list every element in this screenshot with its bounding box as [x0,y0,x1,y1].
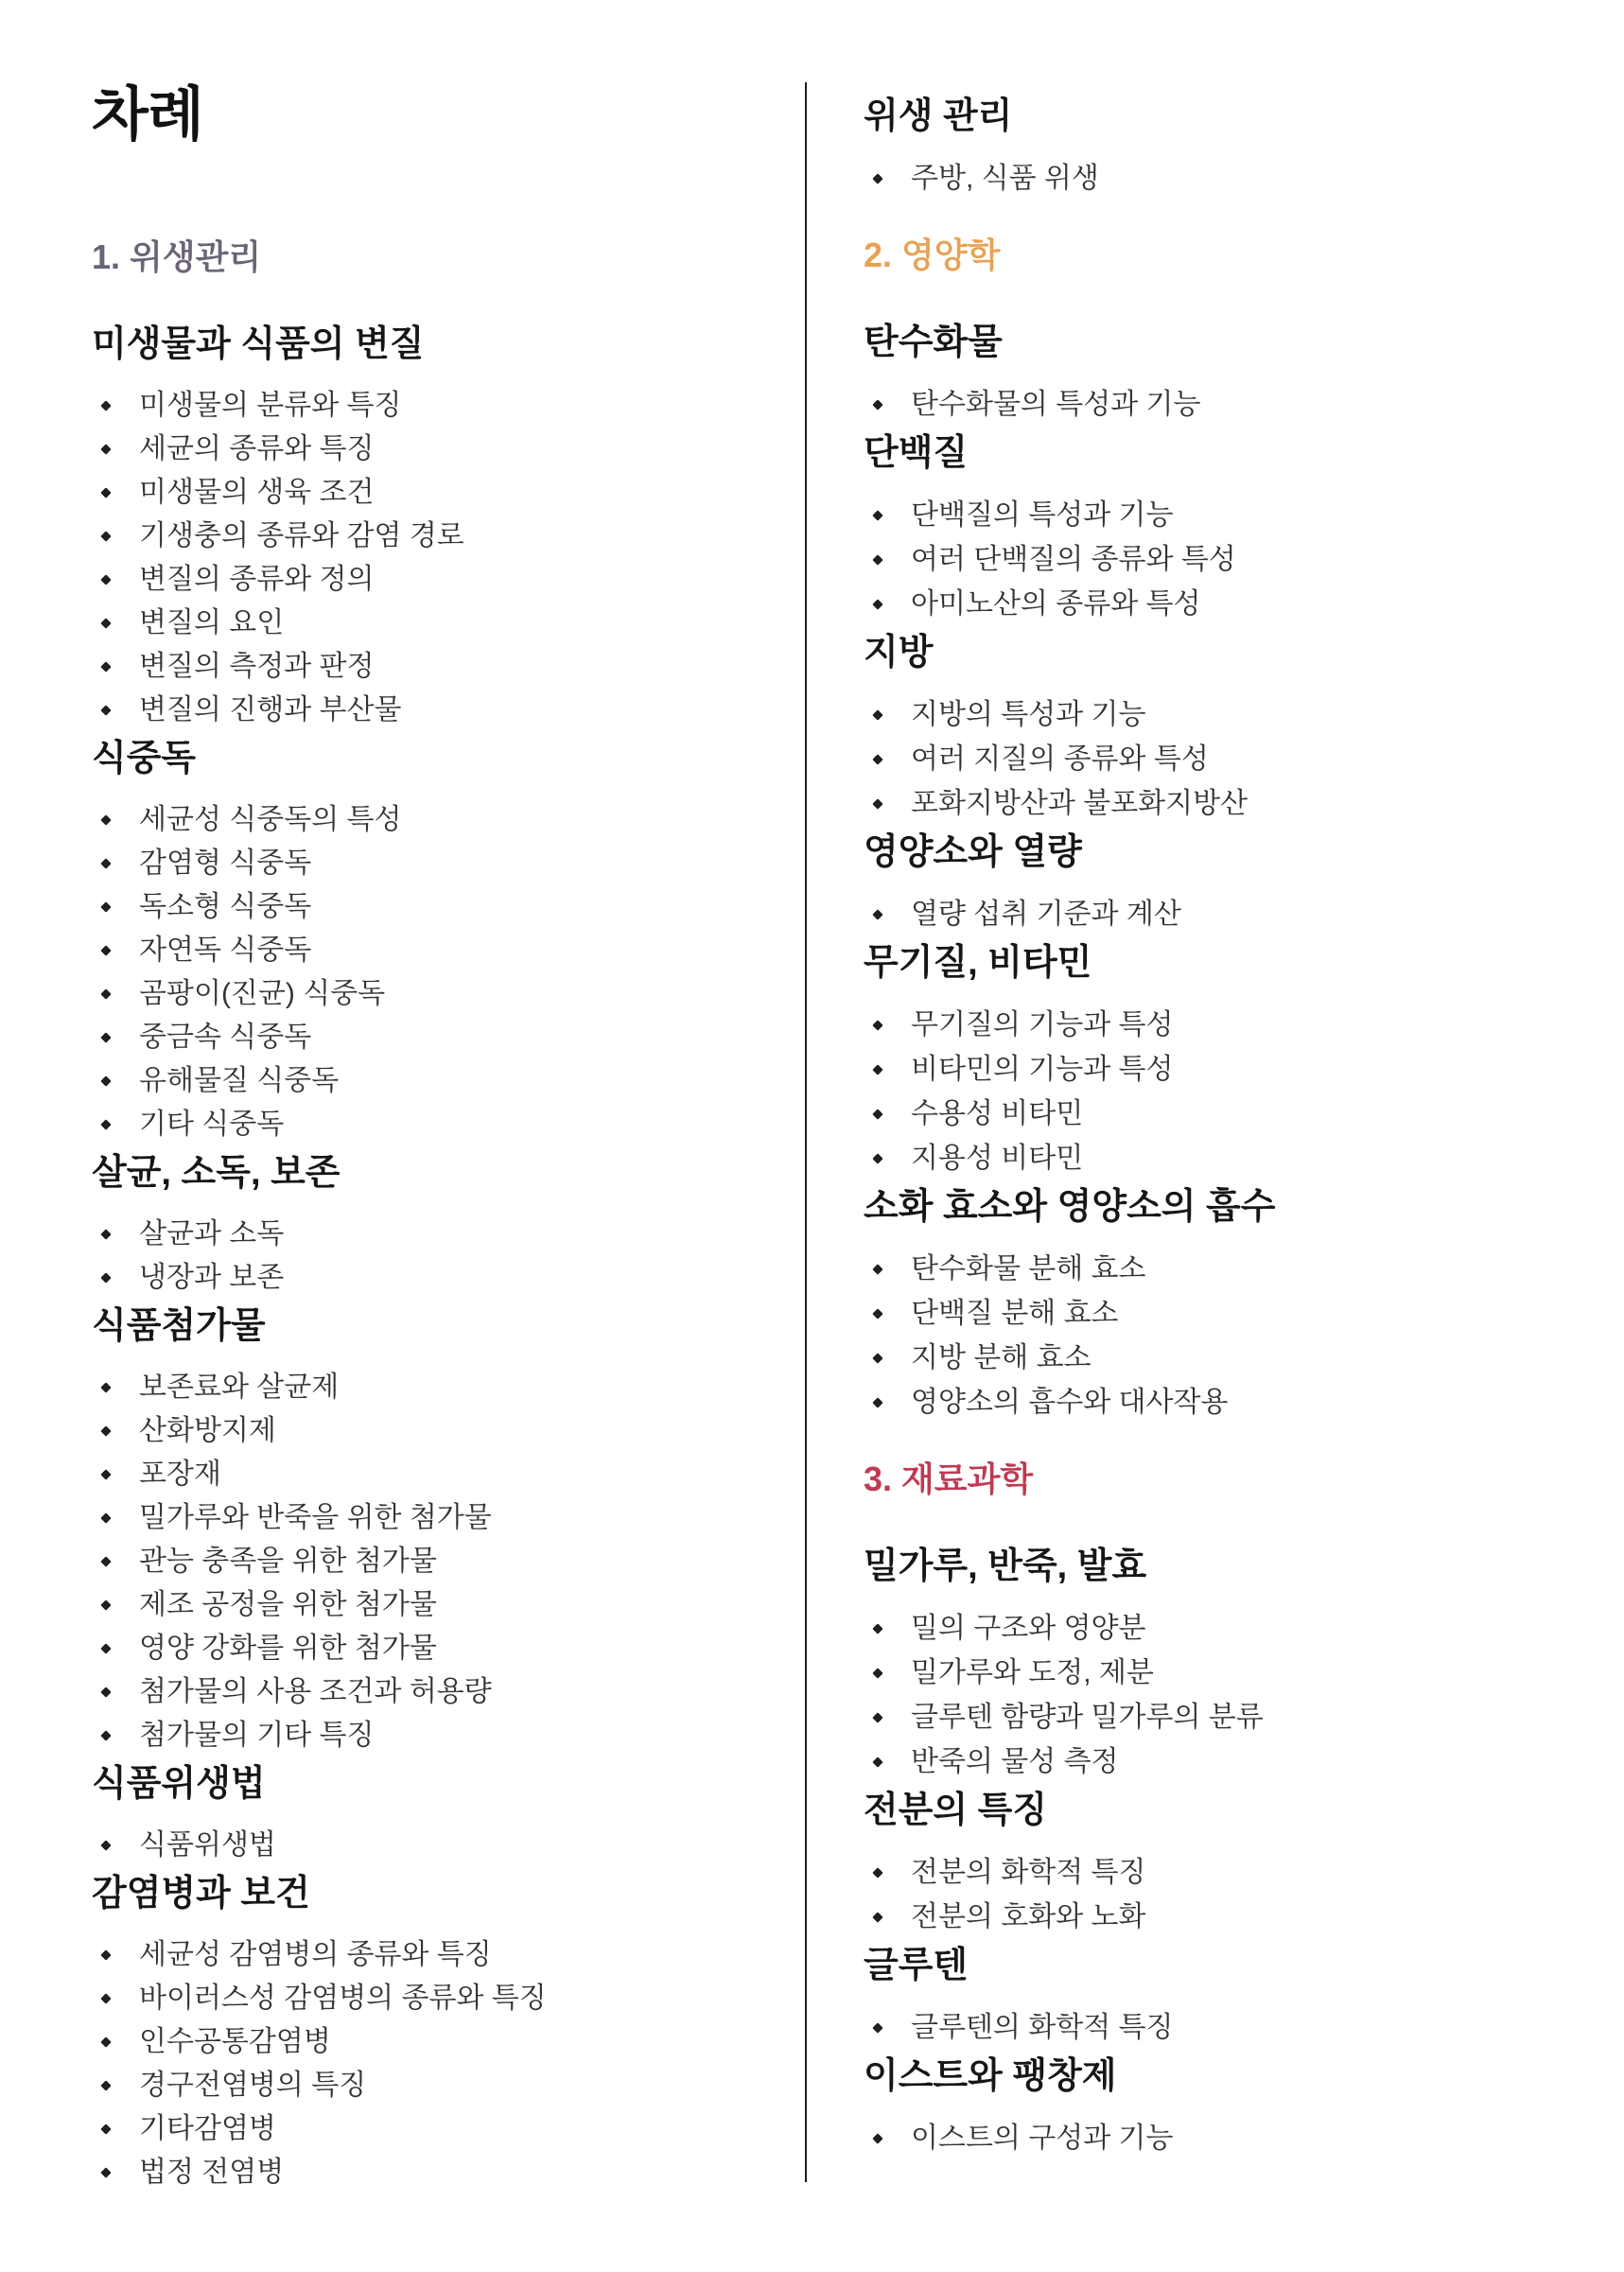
bullet-diamond-icon [100,1993,111,2003]
bullet-diamond-icon [872,909,882,919]
toc-item-label: 첨가물의 기타 특징 [139,1720,375,1751]
toc-item: 여러 단백질의 종류와 특성 [864,537,1573,582]
bullet-diamond-icon [100,531,111,541]
toc-item: 탄수화물의 특성과 기능 [864,382,1573,427]
toc-item-label: 기타 식중독 [139,1109,284,1140]
toc-item: 제조 공정을 위한 첨가물 [92,1583,763,1627]
bullet-diamond-icon [100,661,111,672]
toc-item-label: 포화지방산과 불포화지방산 [911,788,1248,819]
bullet-diamond-icon [100,1840,111,1850]
toc-item-label: 여러 지질의 종류와 특성 [911,743,1209,775]
bullet-diamond-icon [872,1064,882,1075]
toc-item-label: 첨가물의 사용 조건과 허용량 [139,1676,492,1707]
toc-group: 전분의 특징전분의 화학적 특징전분의 호화와 노화 [864,1790,1573,1939]
toc-item: 변질의 요인 [92,602,763,645]
toc-item-label: 전분의 화학적 특징 [911,1857,1146,1888]
toc-item: 열량 섭취 기준과 계산 [864,892,1573,936]
left-column: 차례 1. 위생관리미생물과 식품의 변질미생물의 분류와 특징세균의 종류와 … [92,85,763,2194]
toc-item-label: 변질의 종류와 정의 [139,564,375,595]
bullet-diamond-icon [872,1912,882,1922]
bullet-diamond-icon [100,1730,111,1740]
toc-item: 탄수화물 분해 효소 [864,1247,1573,1291]
toc-item: 변질의 측정과 판정 [92,645,763,689]
bullet-diamond-icon [872,1353,882,1363]
group-title: 소화 효소와 영양소의 흡수 [864,1186,1573,1228]
group-title: 살균, 소독, 보존 [92,1152,763,1194]
bullet-diamond-icon [100,574,111,585]
toc-item-label: 글루텐의 화학적 특징 [911,2012,1174,2043]
toc-item: 이스트의 구성과 기능 [864,2116,1573,2160]
bullet-diamond-icon [872,1153,882,1163]
toc-item-label: 유해물질 식중독 [139,1065,339,1096]
group-items: 탄수화물의 특성과 기능 [864,382,1573,427]
bullet-diamond-icon [872,554,882,565]
toc-item-label: 변질의 측정과 판정 [139,651,375,682]
toc-item: 곰팡이(진균) 식중독 [92,972,763,1016]
toc-item: 글루텐의 화학적 특징 [864,2005,1573,2050]
group-items: 전분의 화학적 특징전분의 호화와 노화 [864,1850,1573,1939]
toc-item: 자연독 식중독 [92,929,763,972]
page-title: 차례 [92,85,763,146]
bullet-diamond-icon [100,1032,111,1042]
toc-item: 유해물질 식중독 [92,1059,763,1103]
bullet-diamond-icon [100,2167,111,2177]
bullet-diamond-icon [872,399,882,410]
group-items: 보존료와 살균제산화방지제포장재밀가루와 반죽을 위한 첨가물관능 충족을 위한… [92,1366,763,1757]
bullet-diamond-icon [100,1643,111,1653]
toc-item-label: 세균성 감염병의 종류와 특징 [139,1939,492,1970]
toc-item: 포화지방산과 불포화지방산 [864,781,1573,826]
toc-group: 밀가루, 반죽, 발효밀의 구조와 영양분밀가루와 도정, 제분글루텐 함량과 … [864,1546,1573,1784]
toc-item-label: 독소형 식중독 [139,891,311,922]
toc-item-label: 탄수화물 분해 효소 [911,1253,1146,1285]
toc-item-label: 영양소의 흡수와 대사작용 [911,1387,1228,1418]
group-items: 무기질의 기능과 특성비타민의 기능과 특성수용성 비타민지용성 비타민 [864,1003,1573,1180]
toc-item-label: 변질의 요인 [139,607,284,638]
group-items: 열량 섭취 기준과 계산 [864,892,1573,936]
toc-item-label: 주방, 식품 위생 [911,163,1099,194]
toc-group: 식중독세균성 식중독의 특성감염형 식중독독소형 식중독자연독 식중독곰팡이(진… [92,738,763,1146]
bullet-diamond-icon [872,1308,882,1319]
toc-item: 변질의 종류와 정의 [92,558,763,602]
toc-item: 바이러스성 감염병의 종류와 특징 [92,1977,763,2020]
toc-item-label: 바이러스성 감염병의 종류와 특징 [139,1983,547,2014]
group-title: 식품위생법 [92,1763,763,1805]
bullet-diamond-icon [100,1599,111,1610]
toc-group: 지방지방의 특성과 기능여러 지질의 종류와 특성포화지방산과 불포화지방산 [864,632,1573,826]
toc-item: 세균성 식중독의 특성 [92,798,763,842]
bullet-diamond-icon [100,945,111,955]
toc-item-label: 살균과 소독 [139,1218,284,1250]
bullet-diamond-icon [100,1425,111,1436]
toc-item: 인수공통감염병 [92,2020,763,2064]
toc-item: 변질의 진행과 부산물 [92,689,763,732]
toc-item: 포장재 [92,1453,763,1496]
toc-item: 세균성 감염병의 종류와 특징 [92,1933,763,1977]
toc-item: 기타감염병 [92,2107,763,2151]
toc-item: 관능 충족을 위한 첨가물 [92,1540,763,1583]
bullet-diamond-icon [872,1020,882,1030]
group-items: 세균성 식중독의 특성감염형 식중독독소형 식중독자연독 식중독곰팡이(진균) … [92,798,763,1146]
bullet-diamond-icon [872,1712,882,1722]
toc-item-label: 자연독 식중독 [139,935,311,966]
toc-item: 전분의 화학적 특징 [864,1850,1573,1895]
toc-group: 살균, 소독, 보존살균과 소독냉장과 보존 [92,1152,763,1300]
toc-item: 기생충의 종류와 감염 경로 [92,515,763,558]
toc-item-label: 미생물의 생육 조건 [139,477,375,508]
column-divider [805,82,807,2182]
group-items: 주방, 식품 위생 [864,156,1573,201]
toc-group: 영양소와 열량열량 섭취 기준과 계산 [864,831,1573,936]
toc-group: 이스트와 팽창제이스트의 구성과 기능 [864,2055,1573,2160]
toc-item-label: 기생충의 종류와 감염 경로 [139,520,464,551]
bullet-diamond-icon [100,1556,111,1566]
toc-item-label: 무기질의 기능과 특성 [911,1009,1174,1040]
toc-item: 산화방지제 [92,1409,763,1453]
toc-item: 살균과 소독 [92,1213,763,1256]
bullet-diamond-icon [872,510,882,520]
group-title: 위생 관리 [864,96,1573,137]
left-column-blocks: 1. 위생관리미생물과 식품의 변질미생물의 분류와 특징세균의 종류와 특징미… [92,236,763,2194]
group-items: 밀의 구조와 영양분밀가루와 도정, 제분글루텐 함량과 밀가루의 분류반죽의 … [864,1606,1573,1784]
group-title: 전분의 특징 [864,1790,1573,1831]
toc-item-label: 지방의 특성과 기능 [911,699,1146,730]
section-header: 3. 재료과학 [864,1459,1573,1500]
toc-item: 중금속 식중독 [92,1016,763,1059]
toc-item-label: 영양 강화를 위한 첨가물 [139,1633,437,1664]
toc-item: 글루텐 함량과 밀가루의 분류 [864,1695,1573,1739]
bullet-diamond-icon [100,1119,111,1129]
toc-item: 지방 분해 효소 [864,1336,1573,1380]
bullet-diamond-icon [100,1949,111,1960]
toc-item-label: 반죽의 물성 측정 [911,1746,1119,1777]
bullet-diamond-icon [100,1229,111,1239]
toc-item-label: 산화방지제 [139,1415,276,1446]
bullet-diamond-icon [100,1469,111,1479]
section-header: 2. 영양학 [864,235,1573,276]
toc-item: 밀가루와 도정, 제분 [864,1651,1573,1695]
group-items: 식품위생법 [92,1824,763,1867]
toc-item: 경구전염병의 특징 [92,2064,763,2107]
toc-item: 지용성 비타민 [864,1136,1573,1180]
bullet-diamond-icon [100,2080,111,2090]
bullet-diamond-icon [100,988,111,999]
toc-item-label: 감염형 식중독 [139,848,311,879]
bullet-diamond-icon [872,2022,882,2033]
group-title: 영양소와 열량 [864,831,1573,873]
toc-item-label: 식품위생법 [139,1829,276,1861]
toc-item-label: 밀의 구조와 영양분 [911,1613,1146,1644]
toc-item: 지방의 특성과 기능 [864,692,1573,737]
bullet-diamond-icon [872,1867,882,1878]
group-items: 살균과 소독냉장과 보존 [92,1213,763,1300]
toc-item: 첨가물의 사용 조건과 허용량 [92,1670,763,1714]
toc-item-label: 이스트의 구성과 기능 [911,2123,1174,2154]
toc-item: 보존료와 살균제 [92,1366,763,1409]
toc-item-label: 지용성 비타민 [911,1143,1083,1174]
bullet-diamond-icon [100,901,111,912]
toc-item: 반죽의 물성 측정 [864,1739,1573,1784]
bullet-diamond-icon [872,1623,882,1634]
toc-item-label: 단백질 분해 효소 [911,1298,1119,1329]
bullet-diamond-icon [100,2123,111,2134]
toc-item-label: 보존료와 살균제 [139,1372,339,1403]
bullet-diamond-icon [872,709,882,720]
group-items: 글루텐의 화학적 특징 [864,2005,1573,2050]
toc-item-label: 아미노산의 종류와 특성 [911,588,1200,620]
toc-item: 수용성 비타민 [864,1092,1573,1136]
toc-group: 위생 관리주방, 식품 위생 [864,96,1573,201]
toc-item-label: 여러 단백질의 종류와 특성 [911,544,1236,575]
bullet-diamond-icon [100,858,111,868]
bullet-diamond-icon [872,173,882,184]
bullet-diamond-icon [100,1687,111,1697]
group-title: 글루텐 [864,1945,1573,1986]
group-items: 이스트의 구성과 기능 [864,2116,1573,2160]
toc-group: 단백질단백질의 특성과 기능여러 단백질의 종류와 특성아미노산의 종류와 특성 [864,432,1573,626]
toc-item-label: 단백질의 특성과 기능 [911,499,1174,531]
toc-group: 미생물과 식품의 변질미생물의 분류와 특징세균의 종류와 특징미생물의 생육 … [92,323,763,732]
toc-item: 미생물의 생육 조건 [92,471,763,515]
bullet-diamond-icon [100,1512,111,1523]
toc-item-label: 세균성 식중독의 특성 [139,804,402,835]
bullet-diamond-icon [100,814,111,825]
toc-item: 아미노산의 종류와 특성 [864,582,1573,626]
toc-item: 주방, 식품 위생 [864,156,1573,201]
toc-item-label: 곰팡이(진균) 식중독 [139,978,385,1009]
toc-item: 밀가루와 반죽을 위한 첨가물 [92,1496,763,1540]
toc-item-label: 제조 공정을 위한 첨가물 [139,1589,437,1620]
group-items: 지방의 특성과 기능여러 지질의 종류와 특성포화지방산과 불포화지방산 [864,692,1573,826]
toc-item-label: 전분의 호화와 노화 [911,1901,1146,1932]
toc-item-label: 밀가루와 반죽을 위한 첨가물 [139,1502,492,1533]
toc-item: 전분의 호화와 노화 [864,1895,1573,1939]
toc-item: 법정 전염병 [92,2151,763,2194]
toc-item-label: 미생물의 분류와 특징 [139,390,402,421]
toc-item: 독소형 식중독 [92,885,763,929]
toc-item-label: 기타감염병 [139,2113,276,2144]
toc-item-label: 수용성 비타민 [911,1098,1083,1129]
toc-item-label: 비타민의 기능과 특성 [911,1054,1174,1085]
bullet-diamond-icon [100,1382,111,1392]
toc-item: 비타민의 기능과 특성 [864,1047,1573,1092]
bullet-diamond-icon [100,2036,111,2047]
bullet-diamond-icon [100,1075,111,1086]
group-title: 미생물과 식품의 변질 [92,323,763,365]
bullet-diamond-icon [872,599,882,609]
toc-item-label: 법정 전염병 [139,2157,284,2188]
toc-item: 무기질의 기능과 특성 [864,1003,1573,1047]
group-items: 미생물의 분류와 특징세균의 종류와 특징미생물의 생육 조건기생충의 종류와 … [92,384,763,732]
toc-item-label: 인수공통감염병 [139,2026,331,2057]
toc-item-label: 변질의 진행과 부산물 [139,694,402,725]
bullet-diamond-icon [100,618,111,628]
bullet-diamond-icon [872,754,882,764]
bullet-diamond-icon [100,1272,111,1283]
group-title: 탄수화물 [864,322,1573,363]
toc-item: 식품위생법 [92,1824,763,1867]
toc-item-label: 냉장과 보존 [139,1262,284,1293]
toc-item-label: 열량 섭취 기준과 계산 [911,899,1181,930]
group-title: 지방 [864,632,1573,673]
group-items: 세균성 감염병의 종류와 특징바이러스성 감염병의 종류와 특징인수공통감염병경… [92,1933,763,2194]
toc-item-label: 중금속 식중독 [139,1022,311,1053]
bullet-diamond-icon [872,1756,882,1767]
toc-item: 단백질 분해 효소 [864,1291,1573,1336]
toc-item: 세균의 종류와 특징 [92,428,763,471]
group-title: 감염병과 보건 [92,1873,763,1914]
group-title: 식품첨가물 [92,1305,763,1347]
toc-item-label: 지방 분해 효소 [911,1342,1091,1373]
toc-group: 감염병과 보건세균성 감염병의 종류와 특징바이러스성 감염병의 종류와 특징인… [92,1873,763,2194]
toc-item-label: 탄수화물의 특성과 기능 [911,389,1200,420]
toc-group: 식품첨가물보존료와 살균제산화방지제포장재밀가루와 반죽을 위한 첨가물관능 충… [92,1305,763,1757]
group-title: 밀가루, 반죽, 발효 [864,1546,1573,1587]
bullet-diamond-icon [872,798,882,809]
toc-item: 미생물의 분류와 특징 [92,384,763,428]
bullet-diamond-icon [100,487,111,498]
toc-item: 단백질의 특성과 기능 [864,493,1573,537]
toc-item-label: 밀가루와 도정, 제분 [911,1657,1154,1688]
toc-group: 무기질, 비타민무기질의 기능과 특성비타민의 기능과 특성수용성 비타민지용성… [864,942,1573,1180]
toc-group: 식품위생법식품위생법 [92,1763,763,1867]
toc-group: 탄수화물탄수화물의 특성과 기능 [864,322,1573,427]
group-items: 단백질의 특성과 기능여러 단백질의 종류와 특성아미노산의 종류와 특성 [864,493,1573,626]
bullet-diamond-icon [872,1109,882,1119]
toc-item-label: 경구전염병의 특징 [139,2070,366,2101]
group-items: 탄수화물 분해 효소단백질 분해 효소지방 분해 효소영양소의 흡수와 대사작용 [864,1247,1573,1424]
bullet-diamond-icon [872,1668,882,1678]
toc-group: 소화 효소와 영양소의 흡수탄수화물 분해 효소단백질 분해 효소지방 분해 효… [864,1186,1573,1424]
bullet-diamond-icon [100,705,111,715]
toc-item: 영양소의 흡수와 대사작용 [864,1380,1573,1424]
toc-item-label: 관능 충족을 위한 첨가물 [139,1546,437,1577]
toc-group: 글루텐글루텐의 화학적 특징 [864,1945,1573,2050]
bullet-diamond-icon [100,400,111,411]
bullet-diamond-icon [872,1264,882,1274]
right-column: 위생 관리주방, 식품 위생2. 영양학탄수화물탄수화물의 특성과 기능단백질단… [864,96,1573,2160]
toc-item: 냉장과 보존 [92,1256,763,1300]
group-title: 단백질 [864,432,1573,474]
toc-item: 감염형 식중독 [92,842,763,885]
toc-item: 밀의 구조와 영양분 [864,1606,1573,1651]
toc-item: 첨가물의 기타 특징 [92,1714,763,1757]
bullet-diamond-icon [872,2133,882,2143]
section-header: 1. 위생관리 [92,236,763,278]
toc-page: 차례 1. 위생관리미생물과 식품의 변질미생물의 분류와 특징세균의 종류와 … [0,0,1624,2272]
right-column-blocks: 위생 관리주방, 식품 위생2. 영양학탄수화물탄수화물의 특성과 기능단백질단… [864,96,1573,2160]
bullet-diamond-icon [872,1397,882,1407]
group-title: 식중독 [92,738,763,779]
bullet-diamond-icon [100,444,111,454]
toc-item: 기타 식중독 [92,1103,763,1146]
toc-item: 영양 강화를 위한 첨가물 [92,1627,763,1670]
toc-item: 여러 지질의 종류와 특성 [864,737,1573,781]
group-title: 이스트와 팽창제 [864,2055,1573,2097]
toc-item-label: 세균의 종류와 특징 [139,433,375,464]
toc-item-label: 포장재 [139,1459,221,1490]
group-title: 무기질, 비타민 [864,942,1573,984]
toc-item-label: 글루텐 함량과 밀가루의 분류 [911,1702,1264,1733]
